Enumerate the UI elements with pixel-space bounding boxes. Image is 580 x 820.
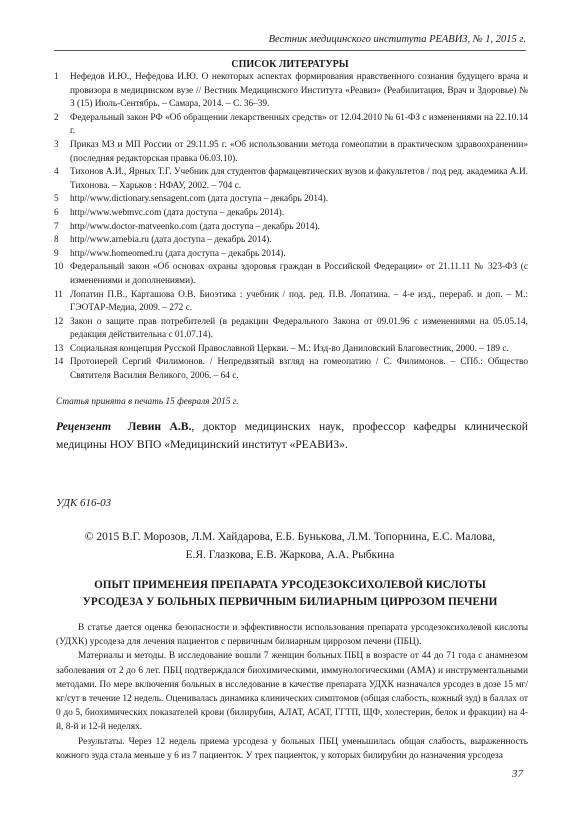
reference-item: 10Федеральный закон «Об основах охраны з… [54, 261, 528, 288]
reference-text: Нефедов И.Ю., Нефедова И.Ю. О некоторых … [70, 72, 528, 109]
authors-line: © 2015 В.Г. Морозов, Л.М. Хайдарова, Е.Б… [54, 528, 526, 546]
reference-item: 7http//www.doctor-matveenko.com (дата до… [54, 221, 528, 235]
article-body: В статье дается оценка безопасности и эф… [56, 621, 528, 763]
reference-item: 5http//www.dictionary.sensagent.com (дат… [54, 193, 528, 207]
reference-text: Закон о защите прав потребителей (в реда… [70, 317, 528, 341]
body-paragraph: Материалы и методы. В исследование вошли… [56, 649, 528, 734]
reference-link: http//www.webmvc.com (дата доступа – дек… [70, 208, 284, 218]
reference-number: 11 [54, 289, 68, 303]
reviewer-label: Рецензент [56, 420, 111, 433]
running-header: Вестник медицинского института РЕАВИЗ, №… [54, 33, 526, 51]
reference-text: Федеральный закон «Об основах охраны здо… [70, 262, 528, 286]
reviewer-note: Рецензент Левин А.В., доктор медицинских… [56, 418, 528, 454]
accepted-note: Статья принята в печать 15 февраля 2015 … [56, 397, 239, 407]
reference-item: 9http//www.homeomed.ru (дата доступа – д… [54, 248, 528, 262]
reference-item: 2Федеральный закон РФ «Об обращении лека… [54, 112, 528, 139]
udk-code: УДК 616-03 [56, 497, 111, 509]
reference-link: http//www.doctor-matveenko.com (дата дос… [70, 222, 320, 232]
reference-text: Лопатин П.В., Карташова О.В. Биоэтика : … [70, 290, 528, 314]
page-number: 37 [512, 768, 523, 780]
article-title: ОПЫТ ПРИМЕНЕИЯ ПРЕПАРАТА УРСОДЕЗОКСИХОЛЕ… [54, 577, 526, 611]
reference-item: 8http//www.arnebia.ru (дата доступа – де… [54, 234, 528, 248]
reference-item: 13Социальная концепция Русской Православ… [54, 343, 528, 357]
reference-item: 12Закон о защите прав потребителей (в ре… [54, 316, 528, 343]
reference-item: 6http//www.webmvc.com (дата доступа – де… [54, 207, 528, 221]
reference-text: Тихонов А.И., Ярных Т.Г. Учебник для сту… [70, 167, 528, 191]
reference-number: 10 [54, 261, 68, 275]
authors-line: Е.Я. Глазкова, Е.В. Жаркова, А.А. Рыбкин… [54, 546, 526, 564]
references-list: 1Нефедов И.Ю., Нефедова И.Ю. О некоторых… [54, 71, 528, 384]
reference-item: 11Лопатин П.В., Карташова О.В. Биоэтика … [54, 289, 528, 316]
reference-text: Федеральный закон РФ «Об обращении лекар… [70, 113, 528, 137]
reference-text: Социальная концепция Русской Православно… [70, 344, 509, 354]
reference-number: 12 [54, 316, 68, 330]
reference-number: 6 [54, 207, 68, 221]
reference-item: 3Приказ МЗ и МП России от 29.11.95 г. «О… [54, 139, 528, 166]
reference-number: 13 [54, 343, 68, 357]
reference-number: 5 [54, 193, 68, 207]
body-paragraph: Результаты. Через 12 недель приема урсод… [56, 735, 528, 763]
reference-number: 7 [54, 221, 68, 235]
references-title: СПИСОК ЛИТЕРАТУРЫ [54, 58, 526, 71]
reference-link: http//www.arnebia.ru (дата доступа – дек… [70, 235, 272, 245]
reference-link: http//www.dictionary.sensagent.com (дата… [70, 194, 328, 204]
reviewer-name: Левин А.В. [128, 420, 192, 433]
authors-block: © 2015 В.Г. Морозов, Л.М. Хайдарова, Е.Б… [54, 528, 526, 564]
article-title-line: УРСОДЕЗА У БОЛЬНЫХ ПЕРВИЧНЫМ БИЛИАРНЫМ Ц… [54, 594, 526, 611]
reference-number: 3 [54, 139, 68, 153]
reference-number: 8 [54, 234, 68, 248]
reference-item: 4Тихонов А.И., Ярных Т.Г. Учебник для ст… [54, 166, 528, 193]
reference-number: 14 [54, 356, 68, 370]
reference-item: 14Протоиерей Сергий Филимонов. / Непредв… [54, 356, 528, 383]
reference-text: Протоиерей Сергий Филимонов. / Непредвзя… [70, 357, 528, 381]
body-paragraph: В статье дается оценка безопасности и эф… [56, 621, 528, 649]
reference-item: 1Нефедов И.Ю., Нефедова И.Ю. О некоторых… [54, 71, 528, 112]
reference-number: 4 [54, 166, 68, 180]
reference-link: http//www.homeomed.ru (дата доступа – де… [70, 249, 286, 259]
reference-number: 2 [54, 112, 68, 126]
article-title-line: ОПЫТ ПРИМЕНЕИЯ ПРЕПАРАТА УРСОДЕЗОКСИХОЛЕ… [54, 577, 526, 594]
reference-number: 1 [54, 71, 68, 85]
reference-text: Приказ МЗ и МП России от 29.11.95 г. «Об… [70, 140, 528, 164]
reference-number: 9 [54, 248, 68, 262]
